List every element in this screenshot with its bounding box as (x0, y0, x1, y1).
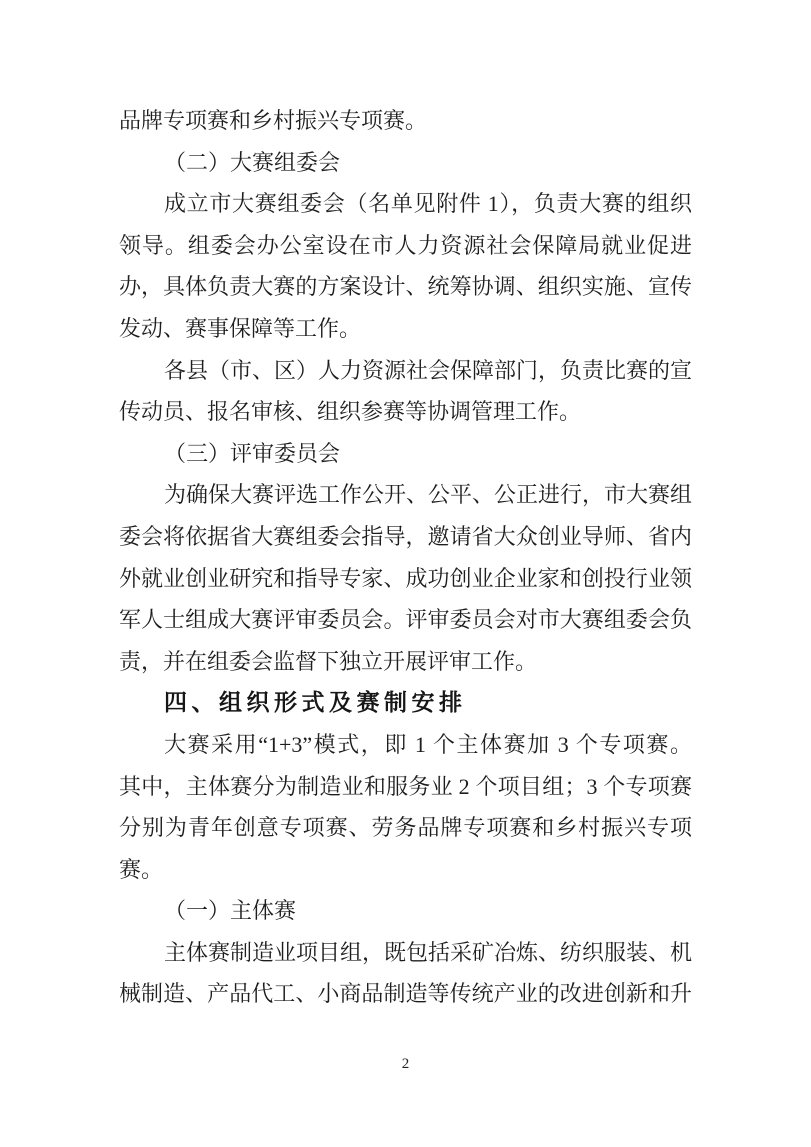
text-line: 外就业创业研究和指导专家、成功创业企业家和创投行业领 (119, 558, 692, 600)
text-line: 军人士组成大赛评审委员会。评审委员会对市大赛组委会负 (119, 599, 692, 641)
body-paragraph: 各县（市、区）人力资源社会保障部门，负责比赛的宣传动员、报名审核、组织参赛等协调… (119, 350, 692, 433)
text-line: （一）主体赛 (119, 890, 692, 932)
text-line: 品牌专项赛和乡村振兴专项赛。 (119, 100, 692, 142)
text-line: 发动、赛事保障等工作。 (119, 308, 692, 350)
text-line: 责，并在组委会监督下独立开展评审工作。 (119, 641, 692, 683)
text-line: （二）大赛组委会 (119, 142, 692, 184)
text-line: 领导。组委会办公室设在市人力资源社会保障局就业促进 (119, 225, 692, 267)
document-content: 品牌专项赛和乡村振兴专项赛。（二）大赛组委会成立市大赛组委会（名单见附件 1），… (119, 100, 692, 1015)
text-line: 四、组织形式及赛制安排 (119, 682, 692, 724)
sub-heading: （二）大赛组委会 (119, 142, 692, 184)
text-line: 械制造、产品代工、小商品制造等传统产业的改进创新和升 (119, 973, 692, 1015)
body-paragraph: 大赛采用“1+3”模式，即 1 个主体赛加 3 个专项赛。其中，主体赛分为制造业… (119, 724, 692, 890)
body-paragraph: 主体赛制造业项目组，既包括采矿冶炼、纺织服装、机械制造、产品代工、小商品制造等传… (119, 932, 692, 1015)
text-line: 传动员、报名审核、组织参赛等协调管理工作。 (119, 391, 692, 433)
page-number: 2 (0, 1056, 811, 1073)
body-paragraph: 为确保大赛评选工作公开、公平、公正进行，市大赛组委会将依据省大赛组委会指导，邀请… (119, 474, 692, 682)
text-line: 大赛采用“1+3”模式，即 1 个主体赛加 3 个专项赛。 (119, 724, 692, 766)
section-heading: 四、组织形式及赛制安排 (119, 682, 692, 724)
text-line: 主体赛制造业项目组，既包括采矿冶炼、纺织服装、机 (119, 932, 692, 974)
text-line: 办，具体负责大赛的方案设计、统筹协调、组织实施、宣传 (119, 266, 692, 308)
body-paragraph: 品牌专项赛和乡村振兴专项赛。 (119, 100, 692, 142)
text-line: （三）评审委员会 (119, 433, 692, 475)
document-page: 品牌专项赛和乡村振兴专项赛。（二）大赛组委会成立市大赛组委会（名单见附件 1），… (0, 0, 811, 1147)
sub-heading: （三）评审委员会 (119, 433, 692, 475)
text-line: 各县（市、区）人力资源社会保障部门，负责比赛的宣 (119, 350, 692, 392)
body-paragraph: 成立市大赛组委会（名单见附件 1），负责大赛的组织领导。组委会办公室设在市人力资… (119, 183, 692, 349)
text-line: 其中，主体赛分为制造业和服务业 2 个项目组；3 个专项赛 (119, 766, 692, 808)
text-line: 为确保大赛评选工作公开、公平、公正进行，市大赛组 (119, 474, 692, 516)
sub-heading: （一）主体赛 (119, 890, 692, 932)
text-line: 委会将依据省大赛组委会指导，邀请省大众创业导师、省内 (119, 516, 692, 558)
text-line: 分别为青年创意专项赛、劳务品牌专项赛和乡村振兴专项 (119, 807, 692, 849)
text-line: 赛。 (119, 849, 692, 891)
text-line: 成立市大赛组委会（名单见附件 1），负责大赛的组织 (119, 183, 692, 225)
